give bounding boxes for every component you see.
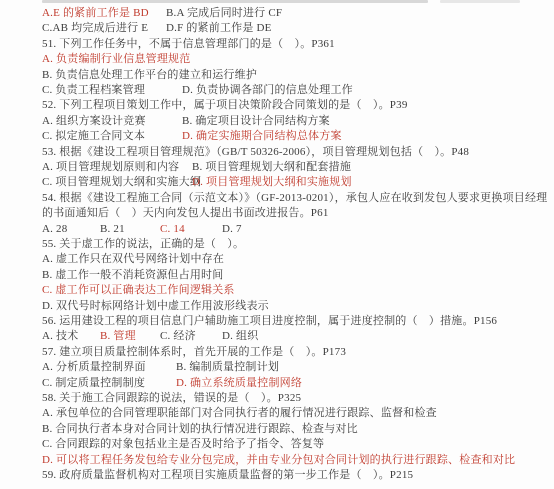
text-segment: 51. 下列工作任务中，不属于信息管理部门的是（ ）。P361 [42, 37, 335, 52]
question-line: C. 虚工作可以正确表达工作间逻辑关系 [0, 283, 554, 299]
question-line: 的书面通知后（ ）天内向发包人提出书面改进报告。P61 [0, 206, 554, 222]
question-line: A. 技术B. 管理C. 经济D. 组织 [0, 329, 554, 345]
question-line: C. 拟定施工合同文本D. 确定实施期合同结构总体方案 [0, 129, 554, 145]
answer-highlight-text: A.E 的紧前工作是 BD [42, 6, 149, 21]
answer-highlight-text: D. 确定实施期合同结构总体方案 [182, 129, 342, 144]
question-line: 56. 运用建设工程的项目信息门户辅助施工项目进度控制，属于进度控制的（ ）措施… [0, 314, 554, 330]
text-segment: 57. 建立项目质量控制体系时，首先开展的工作是（ ）。P173 [42, 345, 346, 360]
question-line: A. 项目管理规划原则和内容B. 项目管理规划大纲和配套措施 [0, 160, 554, 176]
answer-highlight-text: D. 可以将工程任务发包给专业分包完成，并由专业分包对合同计划的执行进行跟踪、检… [42, 453, 515, 468]
text-segment: A. 项目管理规划原则和内容 [42, 160, 179, 175]
answer-highlight-text: B. 管理 [100, 329, 136, 344]
question-line: C. 负责工程档案管理D. 负责协调各部门的信息处理工作 [0, 83, 554, 99]
text-segment: D.F 的紧前工作是 DE [166, 21, 272, 36]
question-line: B. 合同执行者本身对合同计划的执行情况进行跟踪、检查与对比 [0, 422, 554, 438]
text-segment: 59. 政府质量监督机构对工程项目实施质量监督的第一步工作是（ ）。P215 [42, 468, 413, 483]
text-segment: B. 项目管理规划大纲和配套措施 [192, 160, 351, 175]
question-line: A.E 的紧前工作是 BDB.A 完成后同时进行 CF [0, 6, 554, 22]
question-line: A. 承包单位的合同管理职能部门对合同执行者的履行情况进行跟踪、监督和检查 [0, 406, 554, 422]
document-page: A.E 的紧前工作是 BDB.A 完成后同时进行 CFC.AB 均完成后进行 E… [0, 0, 554, 489]
question-line: 57. 建立项目质量控制体系时，首先开展的工作是（ ）。P173 [0, 345, 554, 361]
text-segment: A. 28 [42, 222, 67, 237]
text-segment: D. 7 [222, 222, 242, 237]
question-line: A. 分析质量控制界面B. 编制质量控制计划 [0, 360, 554, 376]
question-line: A. 负责编制行业信息管理规范 [0, 52, 554, 68]
question-line: 58. 关于施工合同跟踪的说法，错误的是（ ）。P325 [0, 391, 554, 407]
text-segment: A. 组织方案设计竞赛 [42, 114, 146, 129]
text-segment: 56. 运用建设工程的项目信息门户辅助施工项目进度控制，属于进度控制的（ ）措施… [42, 314, 497, 329]
answer-highlight-text: D. 项目管理规划大纲和实施规划 [192, 175, 352, 190]
text-segment: C. 合同跟踪的对象包括业主是否及时给予了指令、答复等 [42, 437, 324, 452]
question-line: D. 可以将工程任务发包给专业分包完成，并由专业分包对合同计划的执行进行跟踪、检… [0, 453, 554, 469]
text-segment: B.A 完成后同时进行 CF [166, 6, 282, 21]
question-line: C. 项目管理规划大纲和实施大纲D. 项目管理规划大纲和实施规划 [0, 175, 554, 191]
question-line: 59. 政府质量监督机构对工程项目实施质量监督的第一步工作是（ ）。P215 [0, 468, 554, 484]
question-line: A. 28B. 21C. 14D. 7 [0, 222, 554, 238]
text-segment: B. 确定项目设计合同结构方案 [182, 114, 330, 129]
text-segment: A. 承包单位的合同管理职能部门对合同执行者的履行情况进行跟踪、监督和检查 [42, 406, 437, 421]
text-segment: C.AB 均完成后进行 E [42, 21, 148, 36]
text-segment: 58. 关于施工合同跟踪的说法，错误的是（ ）。P325 [42, 391, 301, 406]
question-line: 54. 根据《建设工程施工合同（示范文本）》（GF-2013-0201），承包人… [0, 191, 554, 207]
text-segment: D. 双代号时标网络计划中虚工作用波形线表示 [42, 299, 269, 314]
question-line: 51. 下列工作任务中，不属于信息管理部门的是（ ）。P361 [0, 37, 554, 53]
page-crop-artifact [42, 0, 428, 3]
text-segment: A. 虚工作只在双代号网络计划中存在 [42, 252, 224, 267]
text-segment: B. 虚工作一般不消耗资源但占用时间 [42, 268, 223, 283]
question-line: C. 制定质量控制制度D. 确立系统质量控制网络 [0, 376, 554, 392]
question-line: A. 虚工作只在双代号网络计划中存在 [0, 252, 554, 268]
page-crop-artifact [440, 0, 520, 3]
text-segment: A. 分析质量控制界面 [42, 360, 146, 375]
text-segment: C. 项目管理规划大纲和实施大纲 [42, 175, 201, 190]
text-segment: C. 制定质量控制制度 [42, 376, 145, 391]
text-segment: B. 编制质量控制计划 [176, 360, 279, 375]
text-segment: B. 负责信息处理工作平台的建立和运行维护 [42, 68, 257, 83]
text-segment: D. 负责协调各部门的信息处理工作 [182, 83, 353, 98]
text-segment: 的书面通知后（ ）天内向发包人提出书面改进报告。P61 [42, 206, 329, 221]
question-line: 55. 关于虚工作的说法，正确的是（ ）。 [0, 237, 554, 253]
answer-highlight-text: A. 负责编制行业信息管理规范 [42, 52, 190, 67]
text-segment: C. 负责工程档案管理 [42, 83, 145, 98]
question-line: A. 组织方案设计竞赛B. 确定项目设计合同结构方案 [0, 114, 554, 130]
text-segment: D. 组织 [222, 329, 258, 344]
question-line: D. 双代号时标网络计划中虚工作用波形线表示 [0, 299, 554, 315]
answer-highlight-text: C. 14 [160, 222, 185, 237]
text-segment: 52. 下列工程项目策划工作中，属于项目决策阶段合同策划的是（ ）。P39 [42, 98, 408, 113]
answer-highlight-text: D. 确立系统质量控制网络 [176, 376, 302, 391]
text-segment: C. 经济 [160, 329, 196, 344]
text-segment: B. 21 [100, 222, 125, 237]
question-line: 52. 下列工程项目策划工作中，属于项目决策阶段合同策划的是（ ）。P39 [0, 98, 554, 114]
text-segment: A. 技术 [42, 329, 78, 344]
text-segment: 55. 关于虚工作的说法，正确的是（ ）。 [42, 237, 244, 252]
question-line: B. 负责信息处理工作平台的建立和运行维护 [0, 68, 554, 84]
question-line: B. 虚工作一般不消耗资源但占用时间 [0, 268, 554, 284]
question-line: C. 合同跟踪的对象包括业主是否及时给予了指令、答复等 [0, 437, 554, 453]
text-segment: C. 拟定施工合同文本 [42, 129, 145, 144]
text-segment: 54. 根据《建设工程施工合同（示范文本）》（GF-2013-0201），承包人… [42, 191, 547, 206]
text-segment: B. 合同执行者本身对合同计划的执行情况进行跟踪、检查与对比 [42, 422, 358, 437]
text-segment: 53. 根据《建设工程项目管理规范》（GB/T 50326-2006），项目管理… [42, 145, 469, 160]
answer-highlight-text: C. 虚工作可以正确表达工作间逻辑关系 [42, 283, 235, 298]
question-line: 53. 根据《建设工程项目管理规范》（GB/T 50326-2006），项目管理… [0, 145, 554, 161]
question-line: C.AB 均完成后进行 ED.F 的紧前工作是 DE [0, 21, 554, 37]
